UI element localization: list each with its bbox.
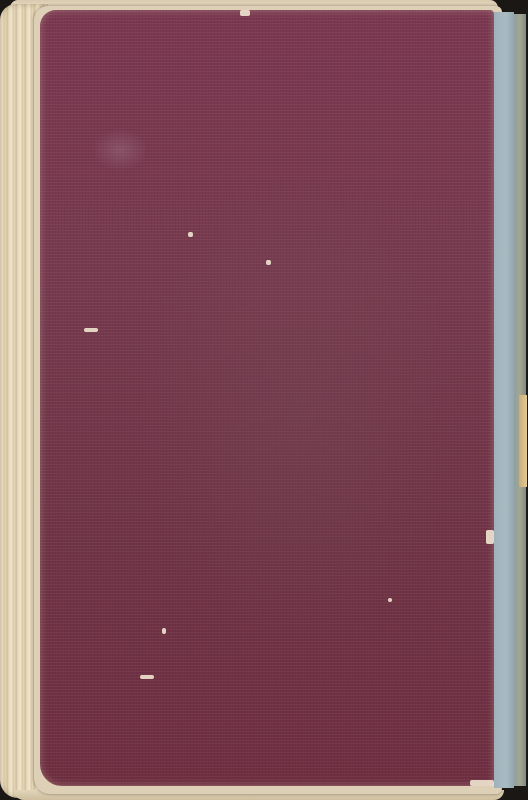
wear-speck bbox=[388, 598, 392, 602]
wear-speck bbox=[140, 675, 154, 679]
cloth-cover bbox=[40, 10, 494, 786]
wear-speck bbox=[162, 628, 166, 634]
wear-speck bbox=[470, 780, 494, 786]
wear-speck bbox=[188, 232, 193, 237]
spine-strip bbox=[494, 12, 514, 788]
book-photo bbox=[0, 0, 528, 800]
wear-speck bbox=[266, 260, 271, 265]
wear-speck bbox=[84, 328, 98, 332]
wear-speck bbox=[486, 530, 494, 544]
wear-speck bbox=[240, 10, 250, 16]
spine-tab bbox=[519, 395, 527, 487]
